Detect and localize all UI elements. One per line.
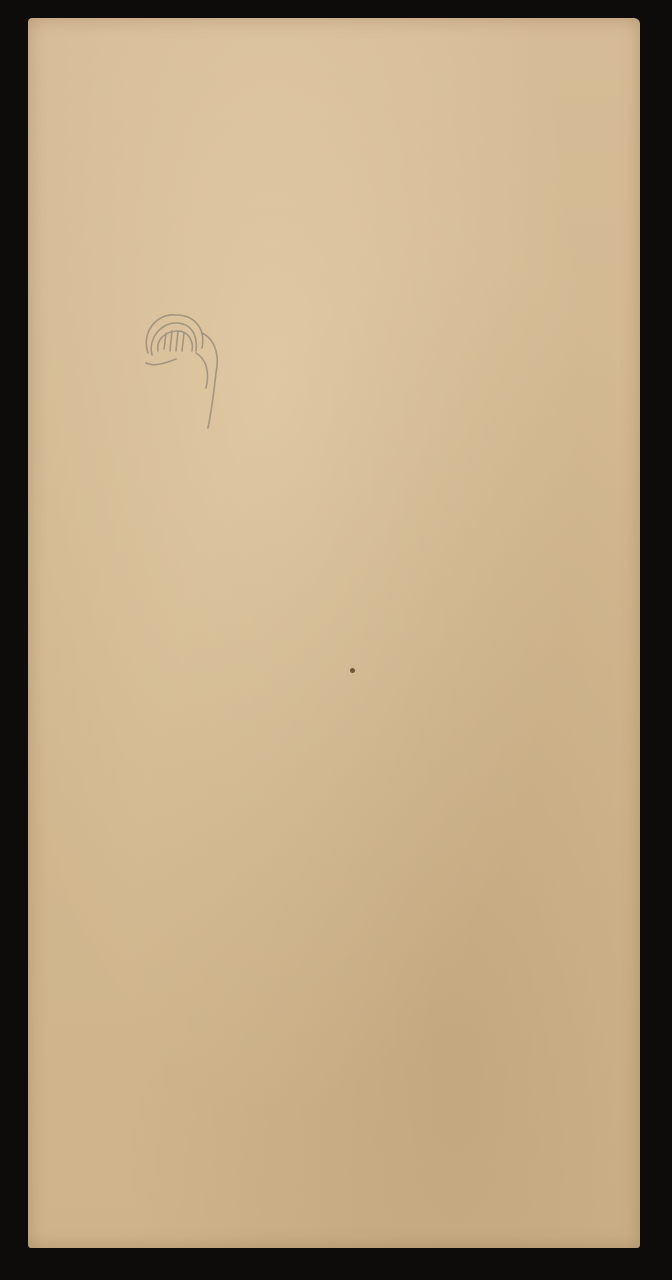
pencil-sketch <box>136 293 236 453</box>
paper-speck <box>350 668 355 673</box>
paper-sheet <box>28 18 640 1248</box>
